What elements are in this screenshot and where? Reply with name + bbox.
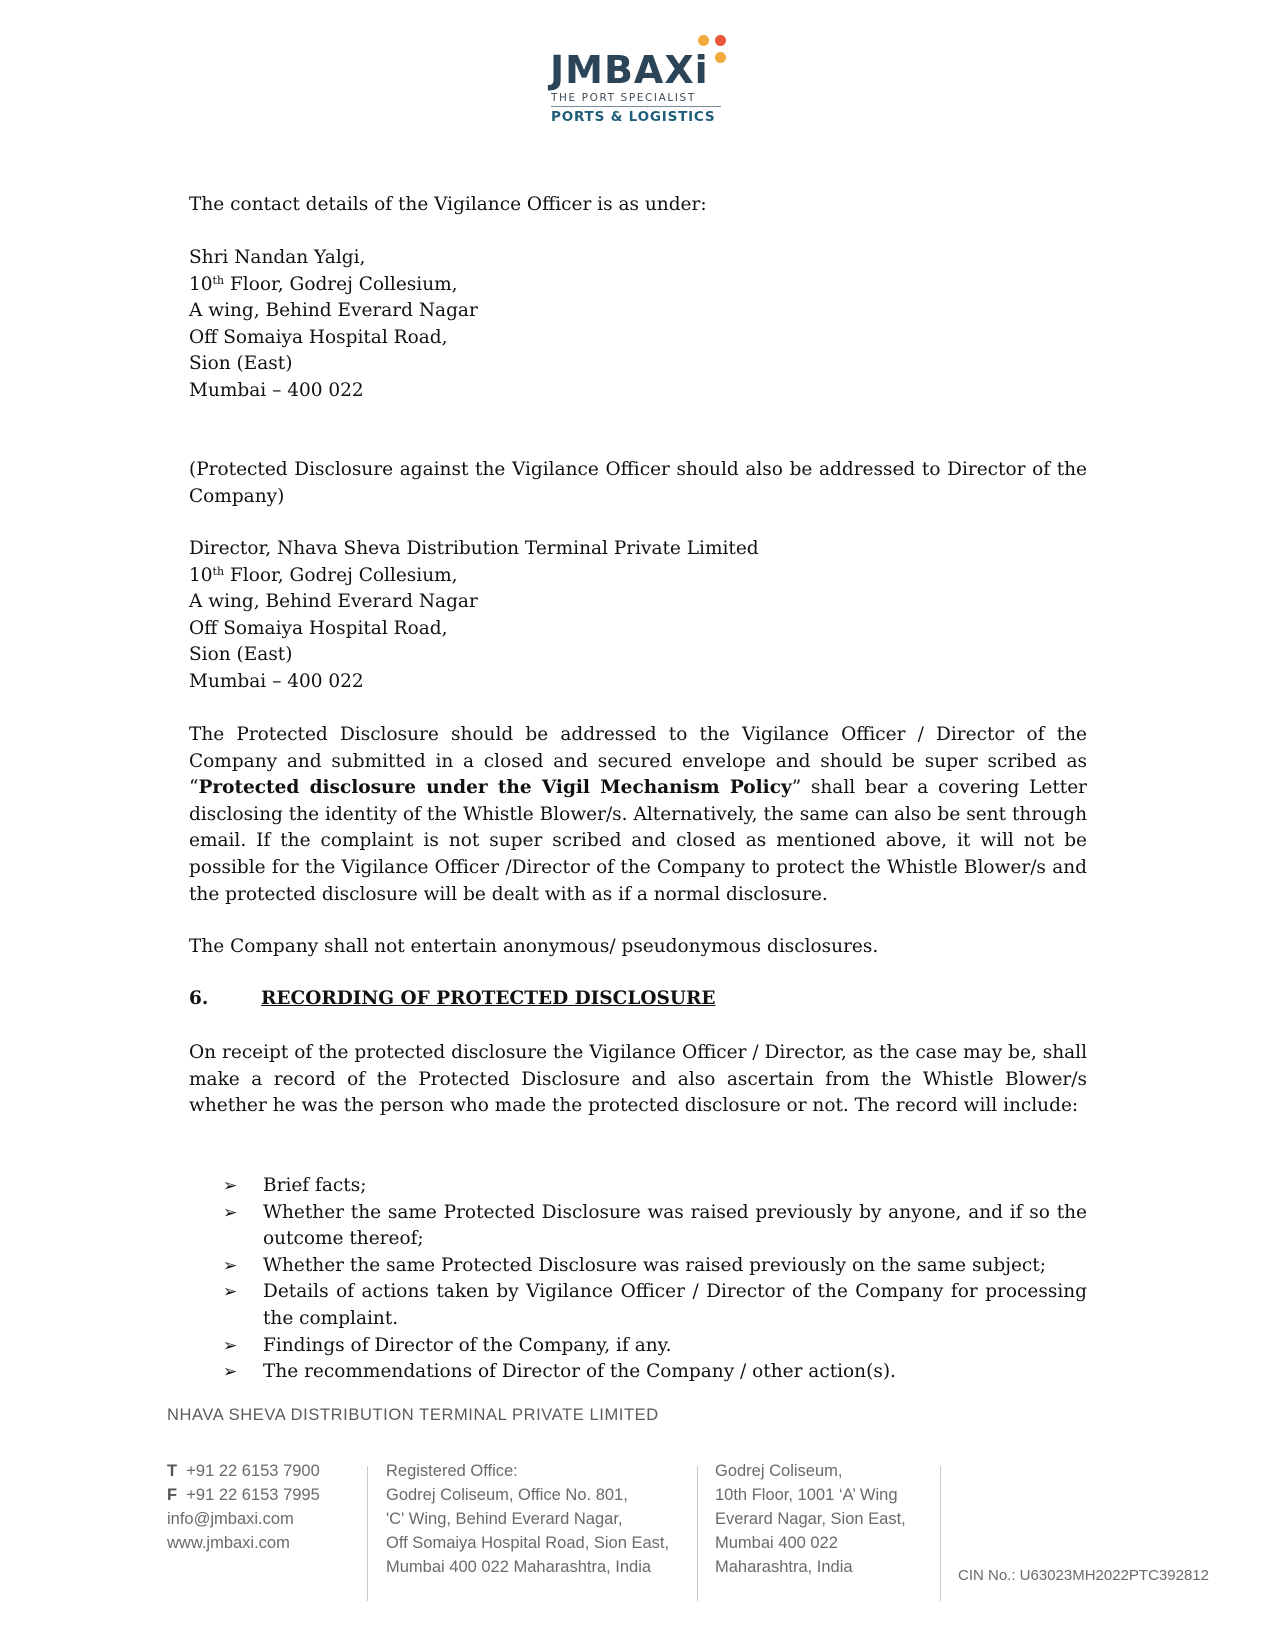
- company-logo: JMBAXi THE PORT SPECIALIST PORTS & LOGIS…: [548, 30, 738, 130]
- list-item: ➢Brief facts;: [189, 1173, 1087, 1200]
- footer-corporate-office: Godrej Coliseum, 10th Floor, 1001 ‘A’ Wi…: [715, 1459, 906, 1579]
- list-item: ➢Details of actions taken by Vigilance O…: [189, 1279, 1087, 1332]
- registered-office-line: Godrej Coliseum, Office No. 801,: [386, 1483, 669, 1507]
- list-item-text: Brief facts;: [263, 1175, 366, 1196]
- arrow-bullet-icon: ➢: [223, 1333, 237, 1360]
- list-item-text: Whether the same Protected Disclosure wa…: [263, 1255, 1046, 1276]
- list-item: ➢Whether the same Protected Disclosure w…: [189, 1200, 1087, 1253]
- list-item-text: Findings of Director of the Company, if …: [263, 1335, 672, 1356]
- submission-paragraph: The Protected Disclosure should be addre…: [189, 722, 1087, 908]
- logo-tagline: THE PORT SPECIALIST: [551, 92, 696, 104]
- address-line: 10th Floor, Godrej Collesium,: [189, 563, 1087, 590]
- footer-company-name: NHAVA SHEVA DISTRIBUTION TERMINAL PRIVAT…: [167, 1406, 659, 1425]
- section-number: 6.: [189, 986, 208, 1012]
- logo-subtitle: PORTS & LOGISTICS: [551, 109, 715, 125]
- anonymous-paragraph: The Company shall not entertain anonymou…: [189, 934, 1087, 961]
- footer-contact: T +91 22 6153 7900 F +91 22 6153 7995 in…: [167, 1459, 320, 1555]
- director-address: Director, Nhava Sheva Distribution Termi…: [189, 536, 1087, 696]
- list-item-text: The recommendations of Director of the C…: [263, 1361, 896, 1382]
- receipt-paragraph: On receipt of the protected disclosure t…: [189, 1040, 1087, 1120]
- footer-fax: F +91 22 6153 7995: [167, 1483, 320, 1507]
- document-page: JMBAXi THE PORT SPECIALIST PORTS & LOGIS…: [0, 0, 1275, 1650]
- arrow-bullet-icon: ➢: [223, 1359, 237, 1386]
- corporate-office-line: 10th Floor, 1001 ‘A’ Wing: [715, 1483, 906, 1507]
- logo-dot-icon: [715, 35, 726, 46]
- registered-office-label: Registered Office:: [386, 1459, 669, 1483]
- registered-office-line: Off Somaiya Hospital Road, Sion East,: [386, 1531, 669, 1555]
- address-line: Off Somaiya Hospital Road,: [189, 325, 1087, 352]
- list-item: ➢Whether the same Protected Disclosure w…: [189, 1253, 1087, 1280]
- corporate-office-line: Godrej Coliseum,: [715, 1459, 906, 1483]
- address-line: Director, Nhava Sheva Distribution Termi…: [189, 536, 1087, 563]
- footer-divider: [940, 1466, 941, 1601]
- address-line: Mumbai – 400 022: [189, 378, 1087, 405]
- logo-dot-icon: [715, 52, 726, 63]
- vigilance-officer-address: Shri Nandan Yalgi, 10th Floor, Godrej Co…: [189, 245, 1087, 405]
- list-item: ➢Findings of Director of the Company, if…: [189, 1333, 1087, 1360]
- list-item: ➢The recommendations of Director of the …: [189, 1359, 1087, 1386]
- address-line: Mumbai – 400 022: [189, 669, 1087, 696]
- corporate-office-line: Mumbai 400 022: [715, 1531, 906, 1555]
- address-line: A wing, Behind Everard Nagar: [189, 589, 1087, 616]
- logo-divider: [551, 106, 721, 107]
- arrow-bullet-icon: ➢: [223, 1279, 237, 1306]
- logo-wordmark: JMBAXi: [550, 50, 709, 90]
- arrow-bullet-icon: ➢: [223, 1253, 237, 1280]
- arrow-bullet-icon: ➢: [223, 1200, 237, 1227]
- address-line: Sion (East): [189, 642, 1087, 669]
- corporate-office-line: Maharashtra, India: [715, 1555, 906, 1579]
- section-title: RECORDING OF PROTECTED DISCLOSURE: [261, 986, 715, 1012]
- footer-divider: [367, 1466, 368, 1601]
- address-line: Sion (East): [189, 351, 1087, 378]
- intro-text: The contact details of the Vigilance Off…: [189, 192, 1087, 219]
- registered-office-line: Mumbai 400 022 Maharashtra, India: [386, 1555, 669, 1579]
- list-item-text: Details of actions taken by Vigilance Of…: [263, 1281, 1087, 1329]
- footer-registered-office: Registered Office: Godrej Coliseum, Offi…: [386, 1459, 669, 1579]
- address-line: 10th Floor, Godrej Collesium,: [189, 272, 1087, 299]
- address-line: Off Somaiya Hospital Road,: [189, 616, 1087, 643]
- footer-website-link[interactable]: www.jmbaxi.com: [167, 1531, 320, 1555]
- footer-email-link[interactable]: info@jmbaxi.com: [167, 1507, 320, 1531]
- director-note: (Protected Disclosure against the Vigila…: [189, 457, 1087, 510]
- corporate-office-line: Everard Nagar, Sion East,: [715, 1507, 906, 1531]
- address-line: Shri Nandan Yalgi,: [189, 245, 1087, 272]
- arrow-bullet-icon: ➢: [223, 1173, 237, 1200]
- footer-phone: T +91 22 6153 7900: [167, 1459, 320, 1483]
- address-line: A wing, Behind Everard Nagar: [189, 298, 1087, 325]
- footer-divider: [697, 1466, 698, 1601]
- registered-office-line: 'C' Wing, Behind Everard Nagar,: [386, 1507, 669, 1531]
- logo-dot-icon: [698, 35, 709, 46]
- footer-cin-number: CIN No.: U63023MH2022PTC392812: [958, 1567, 1209, 1584]
- policy-name: Protected disclosure under the Vigil Mec…: [198, 777, 791, 798]
- record-contents-list: ➢Brief facts;➢Whether the same Protected…: [189, 1173, 1087, 1386]
- list-item-text: Whether the same Protected Disclosure wa…: [263, 1202, 1087, 1250]
